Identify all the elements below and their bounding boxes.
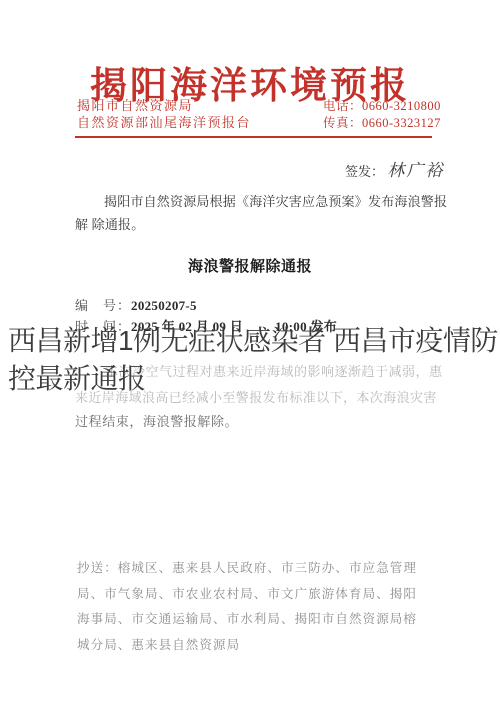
contact-info: 电话：0660-3210800 传真：0660-3323127 — [323, 98, 433, 131]
notice-heading: 海浪警报解除通报 — [0, 255, 500, 276]
phone-label: 电话： — [323, 99, 362, 113]
cc-line4: 城分局、惠来县自然资源局 — [77, 633, 427, 659]
intro-paragraph-line1: 揭阳市自然资源局根据《海洋灾害应急预案》发布海浪警报 — [75, 191, 447, 210]
signature-row: 签发： 林广裕 — [345, 156, 444, 181]
news-caption-overlay: 西昌新增1例无症状感染者 西昌市疫情防 控最新通报 — [8, 322, 500, 398]
document-page: 揭阳海洋环境预报 揭阳市自然资源局 自然资源部汕尾海洋预报台 电话：0660-3… — [0, 0, 500, 707]
news-caption-line2: 控最新通报 — [8, 360, 500, 398]
notice-number-label: 编 号： — [75, 298, 131, 313]
phone-number: 0660-3210800 — [362, 99, 441, 113]
phone-line: 电话：0660-3210800 — [323, 98, 433, 115]
cc-line2: 局、市气象局、市农业农村局、市文广旅游体育局、揭阳 — [77, 582, 427, 608]
cc-distribution-block: 抄送：榕城区、惠来县人民政府、市三防办、市应急管理 局、市气象局、市农业农村局、… — [77, 556, 427, 658]
news-caption-line1: 西昌新增1例无症状感染者 西昌市疫情防 — [8, 322, 500, 360]
masthead-divider-rule — [75, 136, 432, 138]
notice-number-value: 20250207-5 — [131, 298, 197, 313]
fax-label: 传真： — [323, 116, 362, 130]
notice-number-row: 编 号：20250207-5 — [75, 295, 197, 314]
signature-name: 林广裕 — [387, 161, 444, 180]
signature-label: 签发： — [345, 164, 384, 179]
masthead-info: 揭阳市自然资源局 自然资源部汕尾海洋预报台 电话：0660-3210800 传真… — [77, 98, 433, 131]
cc-line3: 海事局、市交通运输局、市水利局、揭阳市自然资源局榕 — [77, 607, 427, 633]
fax-number: 0660-3323127 — [362, 116, 441, 130]
notice-body-line3: 过程结束，海浪警报解除。 — [75, 411, 238, 430]
intro-paragraph-line2: 解 除通报。 — [75, 214, 144, 233]
fax-line: 传真：0660-3323127 — [323, 115, 433, 132]
cc-line1: 抄送：榕城区、惠来县人民政府、市三防办、市应急管理 — [77, 556, 427, 582]
